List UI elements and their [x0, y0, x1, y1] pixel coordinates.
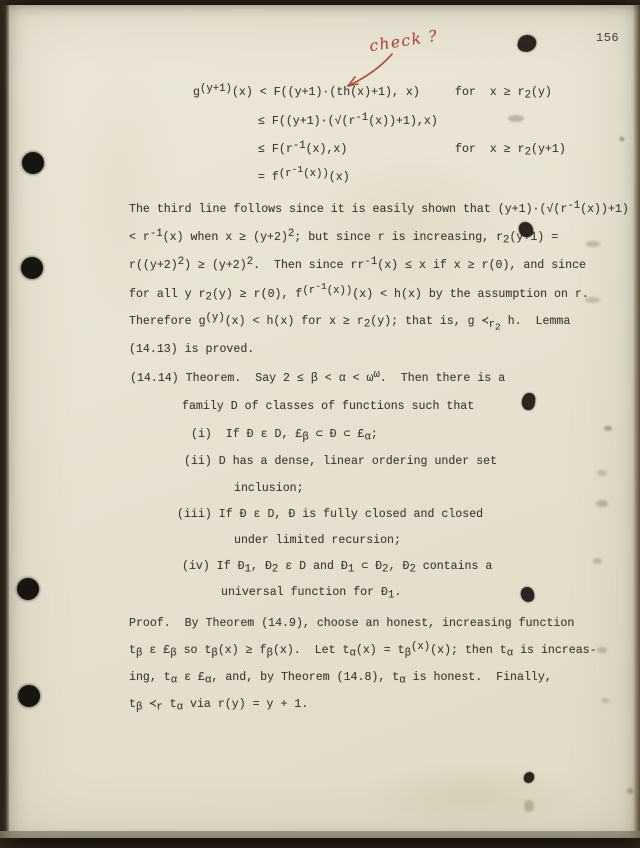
smudge: [620, 137, 624, 141]
scan-edge-top: [0, 0, 640, 5]
equation-line: = f(r-1(x))(x): [258, 170, 350, 185]
smudge: [604, 426, 612, 431]
paragraph-line: < r-1(x) when x ≥ (y+2)2; but since r is…: [129, 231, 558, 245]
smudge: [601, 698, 609, 703]
scan-edge-right: [633, 0, 640, 848]
punch-hole: [21, 257, 43, 279]
punch-hole: [17, 578, 39, 600]
smudge: [597, 470, 607, 476]
smudge: [508, 115, 524, 122]
theorem-item: (iv) If Đ1, Đ2 ε D and Đ1 ⊂ Đ2, Đ2 conta…: [182, 560, 492, 574]
smudge: [586, 241, 600, 247]
punch-hole: [18, 685, 40, 707]
scanned-paper-page: 156 check ? g(y+1)(x) < F((y+1)·(th(x)+1…: [0, 0, 640, 848]
ink-blot: [521, 392, 536, 410]
theorem-item: inclusion;: [234, 482, 304, 496]
smudge: [596, 500, 608, 507]
equation-line: g(y+1)(x) < F((y+1)·(th(x)+1), x): [193, 86, 420, 100]
equation-condition: for x ≥ r2(y+1): [455, 143, 566, 157]
theorem-item: (ii) D has a dense, linear ordering unde…: [184, 455, 497, 469]
proof-line: tβ ≺r tα via r(y) = y + 1.: [129, 698, 308, 712]
theorem-item: (iii) If Đ ε D, Đ is fully closed and cl…: [177, 508, 483, 522]
ink-blot: [516, 33, 537, 53]
scan-edge-bottom-shadow: [0, 831, 640, 838]
proof-line: ing, tα ε £α, and, by Theorem (14.8), tα…: [129, 671, 552, 685]
paragraph-line: for all y r2(y) ≥ r(0), f(r-1(x))(x) < h…: [129, 287, 589, 302]
paper-stain: [360, 760, 580, 830]
paragraph-line: r((y+2)2) ≥ (y+2)2. Then since rr-1(x) ≤…: [129, 259, 586, 273]
equation-line: ≤ F(r-1(x),x): [258, 143, 347, 157]
proof-line: Proof. By Theorem (14.9), choose an hone…: [129, 617, 574, 631]
smudge: [597, 647, 607, 653]
punch-hole: [22, 152, 44, 174]
paragraph-line: Therefore g(y)(x) < h(x) for x ≥ r2(y); …: [129, 315, 570, 329]
smudge: [524, 800, 534, 812]
page-number: 156: [596, 31, 619, 45]
smudge: [585, 297, 600, 303]
theorem-item: universal function for Đ1.: [221, 586, 401, 600]
ink-blot: [523, 771, 536, 784]
theorem-item: under limited recursion;: [234, 534, 401, 548]
ink-blot: [520, 586, 535, 603]
equation-condition: for x ≥ r2(y): [455, 86, 552, 100]
smudge: [593, 558, 602, 564]
equation-line: ≤ F((y+1)·(√(r-1(x))+1),x): [258, 115, 438, 129]
scan-edge-left: [0, 0, 9, 848]
theorem-item: (i) If Đ ε D, £β ⊂ Đ ⊂ £α;: [191, 428, 378, 442]
theorem-line: (14.14) Theorem. Say 2 ≤ β < α < ωω. The…: [130, 372, 505, 386]
proof-line: tβ ε £β so tβ(x) ≥ fβ(x). Let tα(x) = tβ…: [129, 644, 597, 658]
theorem-line: family D of classes of functions such th…: [182, 400, 474, 414]
paragraph-line: The third line follows since it is easil…: [129, 203, 629, 217]
scan-edge-bottom: [0, 838, 640, 848]
paragraph-line: (14.13) is proved.: [129, 343, 254, 357]
